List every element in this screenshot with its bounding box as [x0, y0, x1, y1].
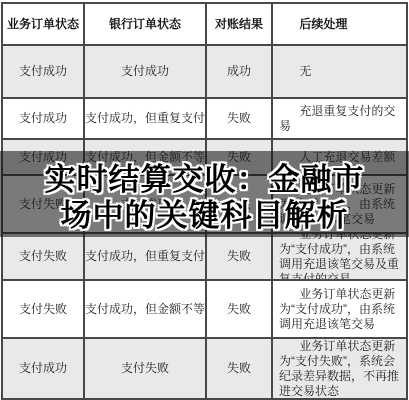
table-cell: 支付失败: [85, 339, 205, 398]
table-cell: 支付成功，但金额不等: [85, 281, 205, 337]
cell-text: 业务订单状态更新为“支付失败”，系统会纪录差异数据，不再推进交易状态: [279, 339, 399, 398]
table-cell: 失败: [207, 234, 271, 279]
table-cell: 支付成功，但重复支付: [85, 234, 205, 279]
cell-text: 充退重复支付的交易: [279, 104, 399, 134]
table-cell: 无: [273, 46, 406, 97]
banner-overlay: 实时结算交收：金融市 场中的关键科目解析: [0, 151, 409, 237]
table-cell: 失败: [207, 339, 271, 398]
table-cell: 业务订单状态更新为“支付成功”，由系统调用充退该笔交易及重复支付的交易: [273, 234, 406, 279]
table-cell: 业务订单状态更新为“支付成功”，由系统调用充退该笔交易: [273, 281, 406, 337]
header-label: 后续处理: [279, 17, 347, 32]
table-cell: 支付成功，但重复支付: [85, 99, 205, 138]
cell-text: 业务订单状态更新为“支付成功”，由系统调用充退该笔交易: [279, 287, 399, 332]
table-cell: 充退重复支付的交易: [273, 99, 406, 138]
table-cell: 失败: [207, 281, 271, 337]
header-cell-followup-handling: 后续处理: [273, 4, 406, 44]
banner-title-line-1: 实时结算交收：金融市: [45, 162, 365, 198]
cell-text: 业务订单状态更新为“支付成功”，由系统调用充退该笔交易及重复支付的交易: [279, 234, 399, 279]
table-cell: 支付成功: [3, 99, 83, 138]
table-cell: 支付成功: [3, 339, 83, 398]
cell-text: 无: [279, 64, 311, 79]
table-cell: 失败: [207, 99, 271, 138]
page: 业务订单状态 银行订单状态 对账结果 后续处理 支付成功 支付成功 成功 无 支…: [0, 0, 409, 400]
table-cell: 成功: [207, 46, 271, 97]
table-cell: 业务订单状态更新为“支付失败”，系统会纪录差异数据，不再推进交易状态: [273, 339, 406, 398]
banner-title-line-2: 场中的关键科目解析: [61, 198, 349, 234]
header-cell-business-order-status: 业务订单状态: [3, 4, 83, 44]
table-cell: 支付成功: [3, 46, 83, 97]
table-cell: 支付失败: [3, 234, 83, 279]
header-cell-bank-order-status: 银行订单状态: [85, 4, 205, 44]
table-cell: 支付成功: [85, 46, 205, 97]
header-cell-reconciliation-result: 对账结果: [207, 4, 271, 44]
table-cell: 支付失败: [3, 281, 83, 337]
